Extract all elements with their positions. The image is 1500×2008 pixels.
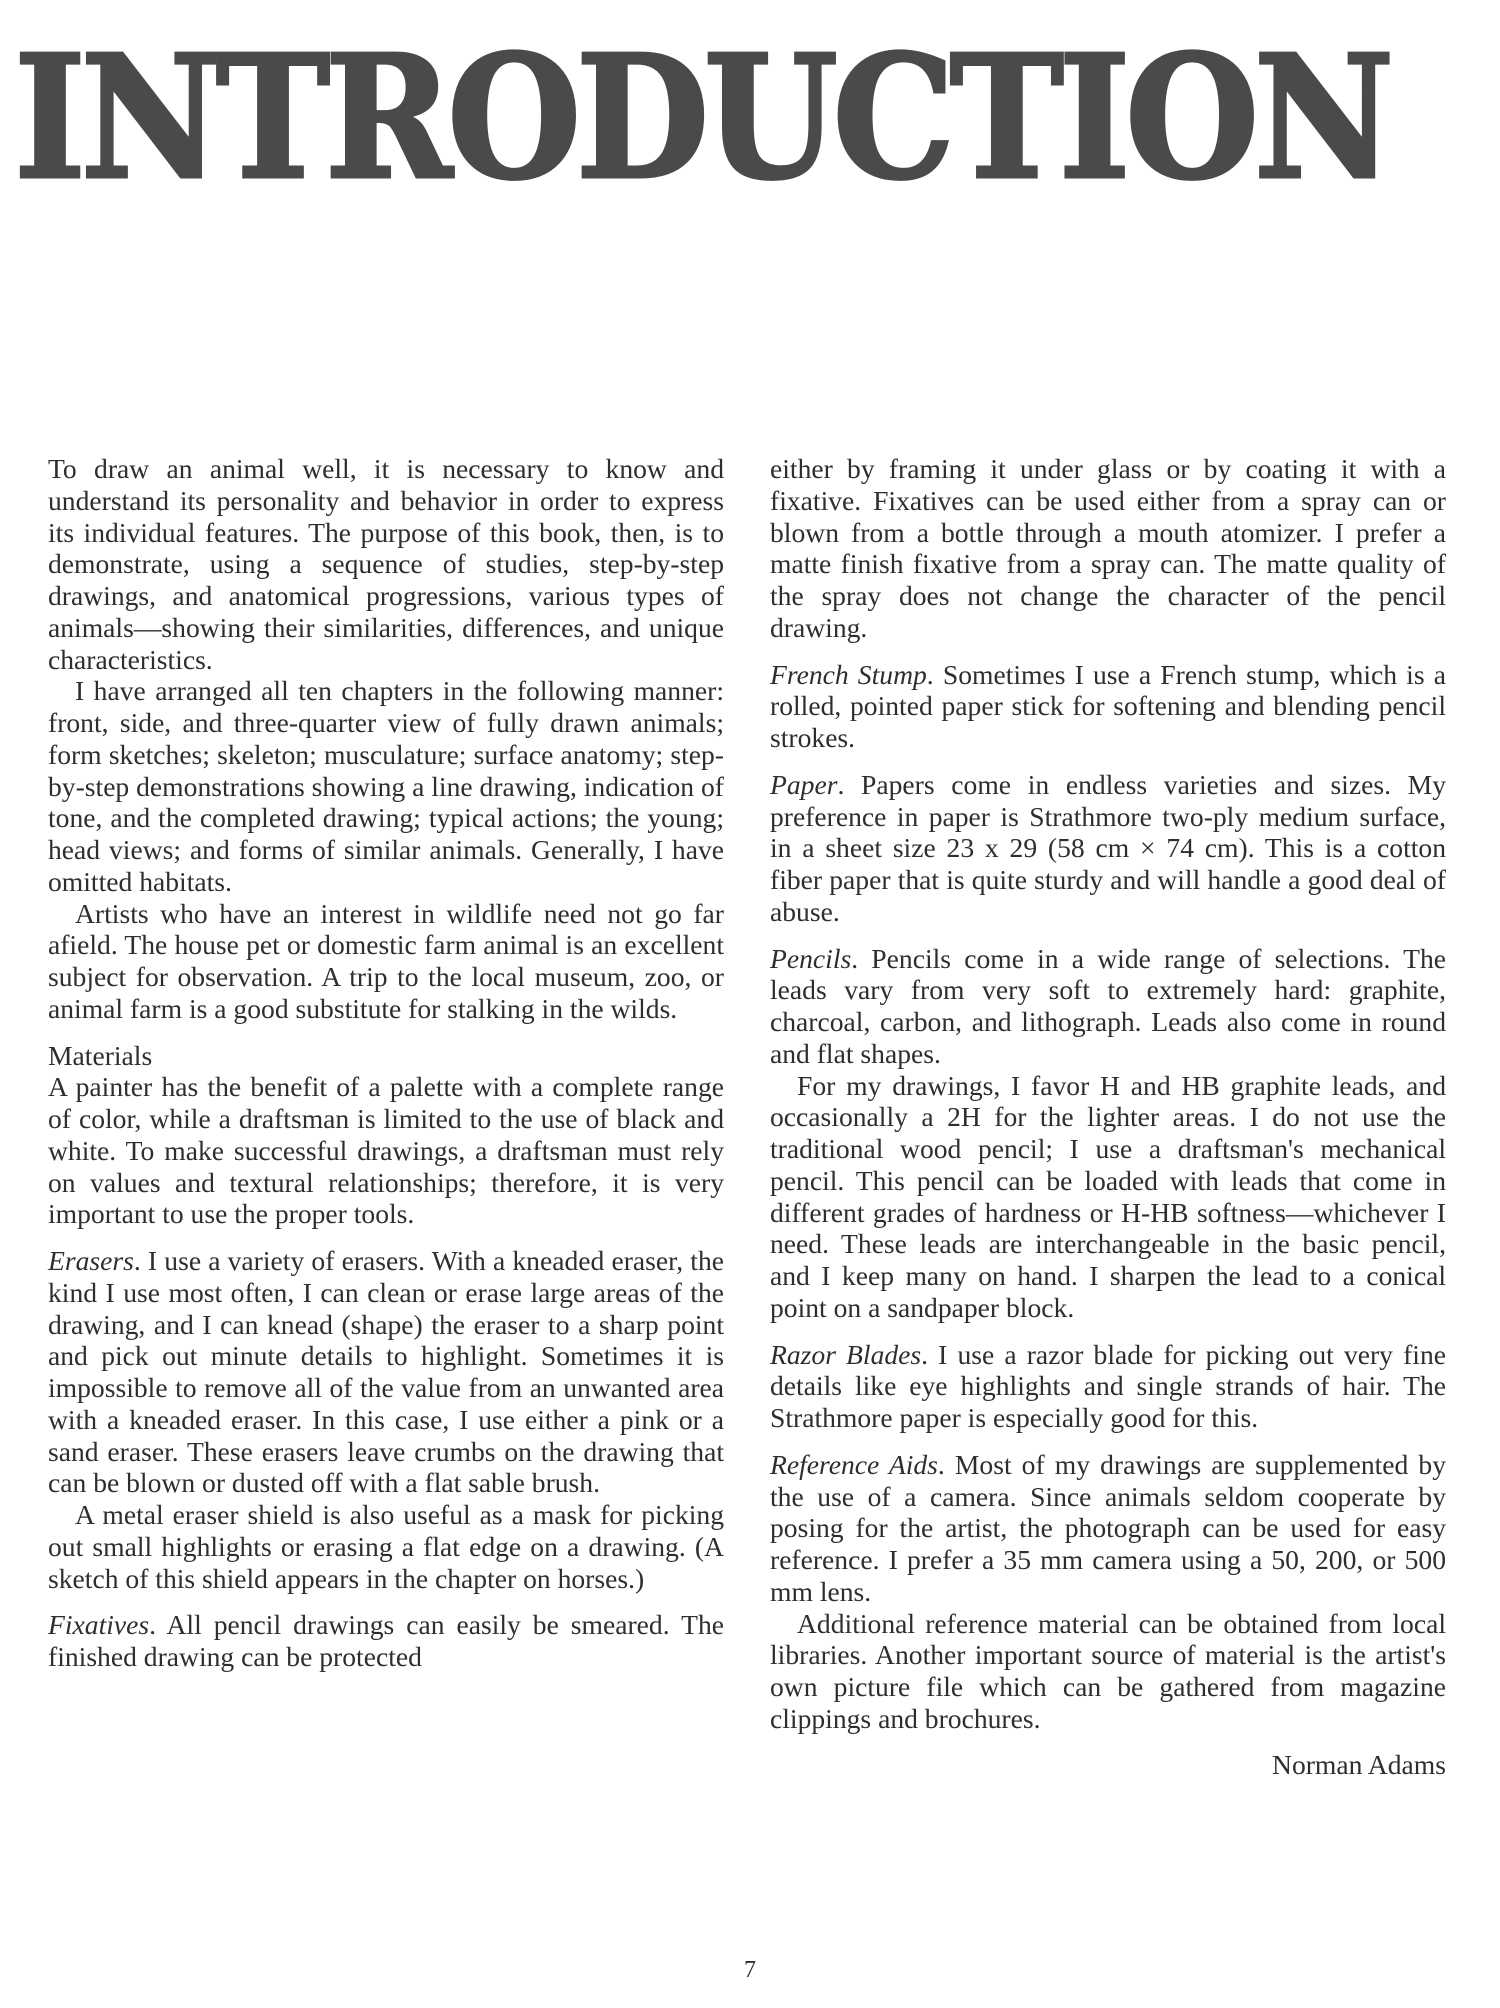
pencils-term: Pencils	[770, 943, 851, 974]
fixatives-paragraph: Fixatives. All pencil drawings can easil…	[48, 1609, 724, 1673]
additional-reference-paragraph: Additional reference material can be obt…	[770, 1608, 1446, 1735]
french-stump-paragraph: French Stump. Sometimes I use a French s…	[770, 659, 1446, 754]
razor-blades-paragraph: Razor Blades. I use a razor blade for pi…	[770, 1339, 1446, 1434]
fixatives-term: Fixatives	[48, 1609, 149, 1640]
intro-paragraph-2: I have arranged all ten chapters in the …	[48, 675, 724, 897]
reference-aids-paragraph: Reference Aids. Most of my drawings are …	[770, 1449, 1446, 1608]
pencils-text: . Pencils come in a wide range of select…	[770, 943, 1446, 1069]
page-number: 7	[0, 1957, 1500, 1984]
paper-text: . Papers come in endless varieties and s…	[770, 769, 1446, 927]
page-title: INTRODUCTION	[14, 38, 1346, 198]
razor-blades-term: Razor Blades	[770, 1339, 921, 1370]
erasers-paragraph: Erasers. I use a variety of erasers. Wit…	[48, 1245, 724, 1499]
pencils-favor-paragraph: For my drawings, I favor H and HB graphi…	[770, 1070, 1446, 1324]
materials-heading: Materials	[48, 1040, 724, 1072]
erasers-text: . I use a variety of erasers. With a kne…	[48, 1245, 724, 1498]
intro-paragraph-1: To draw an animal well, it is necessary …	[48, 453, 724, 675]
pencils-paragraph: Pencils. Pencils come in a wide range of…	[770, 943, 1446, 1070]
fixatives-continued: either by framing it under glass or by c…	[770, 453, 1446, 644]
erasers-term: Erasers	[48, 1245, 134, 1276]
paper-term: Paper	[770, 769, 837, 800]
french-stump-term: French Stump	[770, 659, 927, 690]
paper-paragraph: Paper. Papers come in endless varieties …	[770, 769, 1446, 928]
eraser-shield-paragraph: A metal eraser shield is also useful as …	[48, 1499, 724, 1594]
author-signature: Norman Adams	[770, 1749, 1446, 1781]
fixatives-text: . All pencil drawings can easily be smea…	[48, 1609, 724, 1672]
left-column: To draw an animal well, it is necessary …	[48, 453, 724, 1673]
materials-intro: A painter has the benefit of a palette w…	[48, 1071, 724, 1230]
right-column: either by framing it under glass or by c…	[770, 453, 1446, 1780]
intro-paragraph-3: Artists who have an interest in wildlife…	[48, 898, 724, 1025]
reference-aids-term: Reference Aids	[770, 1449, 938, 1480]
